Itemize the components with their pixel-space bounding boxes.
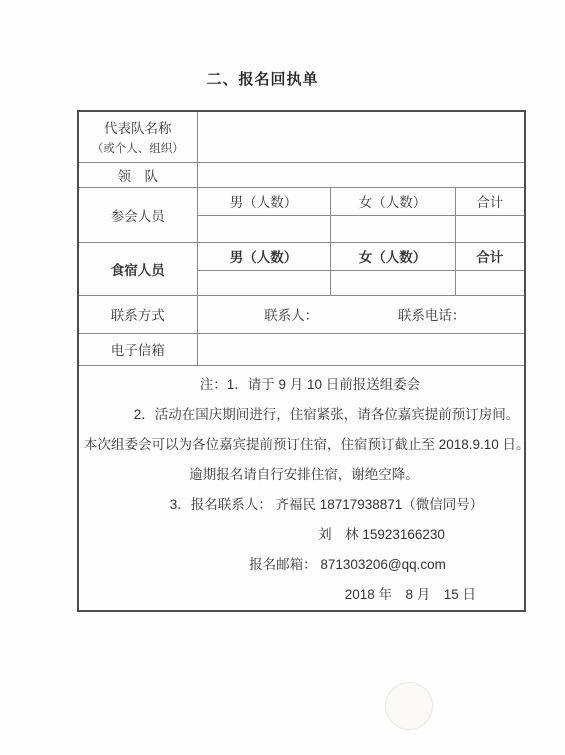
faint-seal-watermark xyxy=(385,682,433,730)
registration-form-table: 代表队名称 （或个人、组织） 领 队 参会人员 男（人数） 女（人数） 合计 食… xyxy=(77,110,526,612)
email-label-cell: 电子信箱 xyxy=(78,333,197,365)
contact-value-cell: 联系人： 联系电话： xyxy=(197,295,525,333)
attendee-label-cell: 参会人员 xyxy=(78,187,197,242)
attendee-female-header: 女（人数） xyxy=(330,187,455,215)
note-line-7: 报名邮箱： 871303206@qq.com xyxy=(79,550,524,580)
page-title: 二、报名回执单 xyxy=(0,68,525,89)
boarding-male-header: 男（人数） xyxy=(197,242,330,270)
team-name-value-cell xyxy=(197,111,525,162)
notes-section: 注：1．请于 9 月 10 日前报送组委会 2．活动在国庆期间进行，住宿紧张，请… xyxy=(78,365,525,611)
team-name-label: 代表队名称 xyxy=(104,121,172,136)
leader-label-cell: 领 队 xyxy=(78,162,197,187)
note-line-1: 注：1．请于 9 月 10 日前报送组委会 xyxy=(79,370,524,400)
team-name-sublabel: （或个人、组织） xyxy=(79,140,197,156)
boarding-label-cell: 食宿人员 xyxy=(78,242,197,295)
attendee-female-value-cell xyxy=(330,215,455,242)
attendee-total-value-cell xyxy=(455,215,525,242)
document-page: 二、报名回执单 代表队名称 （或个人、组织） 领 队 参会人员 男（人数） 女（… xyxy=(0,0,565,755)
team-name-label-cell: 代表队名称 （或个人、组织） xyxy=(78,111,197,162)
attendee-total-header: 合计 xyxy=(455,187,525,215)
boarding-total-value-cell xyxy=(455,270,525,295)
boarding-female-header: 女（人数） xyxy=(330,242,455,270)
boarding-total-header: 合计 xyxy=(455,242,525,270)
contact-phone-label: 联系电话： xyxy=(398,308,466,323)
note-line-5: 3．报名联系人： 齐福民 18717938871（微信同号） xyxy=(79,490,524,520)
email-value-cell xyxy=(197,333,525,365)
date-line: 2018 年 8 月 15 日 xyxy=(79,580,524,610)
boarding-female-value-cell xyxy=(330,270,455,295)
note-line-4: 逾期报名请自行安排住宿，谢绝空降。 xyxy=(79,460,524,490)
note-line-2: 2．活动在国庆期间进行，住宿紧张，请各位嘉宾提前预订房间。 xyxy=(79,400,524,430)
note-line-6: 刘 林 15923166230 xyxy=(79,520,524,550)
attendee-male-value-cell xyxy=(197,215,330,242)
attendee-male-header: 男（人数） xyxy=(197,187,330,215)
note-line-3: 本次组委会可以为各位嘉宾提前预订住宿，住宿预订截止至 2018.9.10 日。 xyxy=(79,430,524,460)
contact-person-label: 联系人： xyxy=(264,308,318,323)
boarding-male-value-cell xyxy=(197,270,330,295)
contact-label-cell: 联系方式 xyxy=(78,295,197,333)
leader-value-cell xyxy=(197,162,525,187)
